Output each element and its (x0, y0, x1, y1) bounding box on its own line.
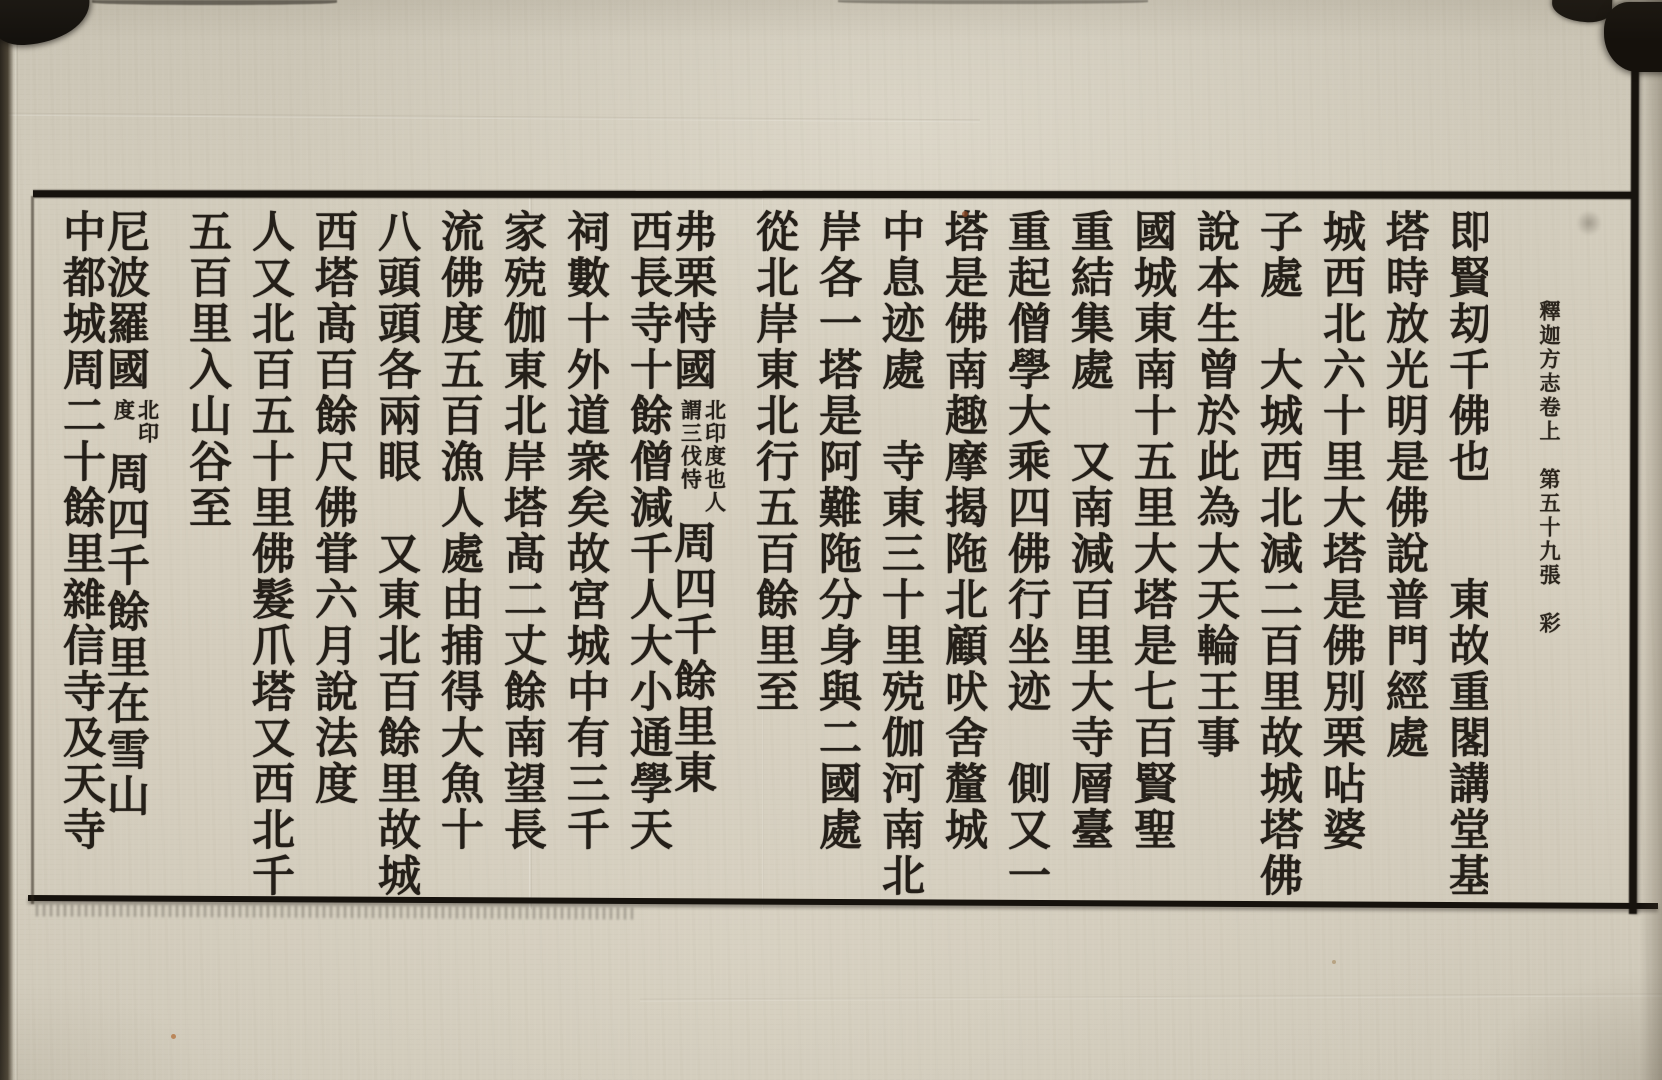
ink-smudge (92, 0, 337, 5)
text-column-05: 說本生曾於此為大天輪王事 (1173, 209, 1236, 909)
text-column-13: 弗栗恃國北印度也人謂三伐恃周四千餘里東 (669, 209, 732, 909)
ink-smudge (838, 0, 1148, 4)
text-column-20: 人又北百五十里佛髮爪塔又西北千 (228, 209, 291, 909)
text-column-06: 國城東南十五里大塔是七百賢聖 (1110, 209, 1173, 909)
stain-speck (1332, 960, 1336, 964)
stain-speck (171, 1034, 176, 1039)
interlinear-note: 北印度也人謂三伐恃 (674, 399, 732, 514)
column-text: 周四千餘里在雪山 (100, 451, 150, 819)
book-page-scan: 釋迦方志卷上 第五十九張 彩 即賢刧千佛也 東故重閣講堂基 塔時放光明是佛說普門… (0, 0, 1662, 1080)
frame-rule-top (33, 190, 1637, 198)
text-column-08: 重起僧學大乘四佛行坐迹 側又一 (984, 209, 1047, 909)
text-column-02: 塔時放光明是佛說普門經處 (1362, 209, 1425, 909)
text-column-18: 八頭頭各兩眼 又東北百餘里故城 (354, 209, 417, 909)
text-column-01: 即賢刧千佛也 東故重閣講堂基 (1425, 209, 1488, 909)
text-column-12: 從北岸東北行五百餘里至 (732, 209, 795, 909)
frame-rule-right (1629, 56, 1639, 914)
text-column-14: 西長寺十餘僧減千人大小通學天 (606, 209, 669, 909)
volume-header-column: 釋迦方志卷上 第五十九張 彩 (1534, 300, 1564, 760)
text-column-22: 尼波羅國北印度周四千餘里在雪山 (102, 209, 165, 909)
text-column-23: 中都城周二十餘里雜信寺及天寺 (39, 209, 102, 909)
text-column-21: 五百里入山谷至 (165, 209, 228, 909)
interlinear-note: 北印度 (107, 399, 165, 445)
fold-line (15, 0, 18, 1080)
column-text: 弗栗恃國 (667, 209, 717, 393)
text-column-11: 岸各一塔是阿難陁分身與二國處 (795, 209, 858, 909)
crease-line (0, 113, 980, 123)
text-block: 即賢刧千佛也 東故重閣講堂基 塔時放光明是佛說普門經處 城西北六十里大塔是佛別栗… (36, 209, 1488, 909)
page-edge-shadow (1640, 0, 1662, 1080)
ink-smudge (1551, 0, 1612, 23)
ink-smudge (1576, 210, 1602, 236)
note-right-column: 北印 (138, 399, 159, 445)
frame-rule-left (31, 196, 34, 904)
ink-smudge (0, 0, 91, 46)
text-column-15: 祠數十外道衆矣故宮城中有三千 (543, 209, 606, 909)
note-left-column: 謂三伐恃 (681, 399, 702, 514)
text-column-04: 子處 大城西北減二百里故城塔佛 (1236, 209, 1299, 909)
crease-line (640, 993, 1662, 1001)
note-right-column: 北印度也人 (705, 399, 726, 514)
book-spine-edge (0, 0, 14, 1080)
text-column-17: 流佛度五百漁人處由捕得大魚十 (417, 209, 480, 909)
text-column-09: 塔是佛南趣摩揭陁北顧吠舍釐城 (921, 209, 984, 909)
column-text: 尼波羅國 (100, 209, 150, 393)
text-column-19: 西塔髙百餘尺佛甞六月說法度 (291, 209, 354, 909)
ink-smudge (1604, 2, 1662, 72)
text-column-10: 中息迹處 寺東三十里殑伽河南北 (858, 209, 921, 909)
stain-speck (962, 211, 968, 217)
text-column-16: 家殑伽東北岸塔髙二丈餘南望長 (480, 209, 543, 909)
text-column-03: 城西北六十里大塔是佛別栗呫婆 (1299, 209, 1362, 909)
note-left-column: 度 (114, 399, 135, 445)
text-column-07: 重結集處 又南減百里大寺層臺 (1047, 209, 1110, 909)
column-text: 周四千餘里東 (667, 520, 717, 796)
